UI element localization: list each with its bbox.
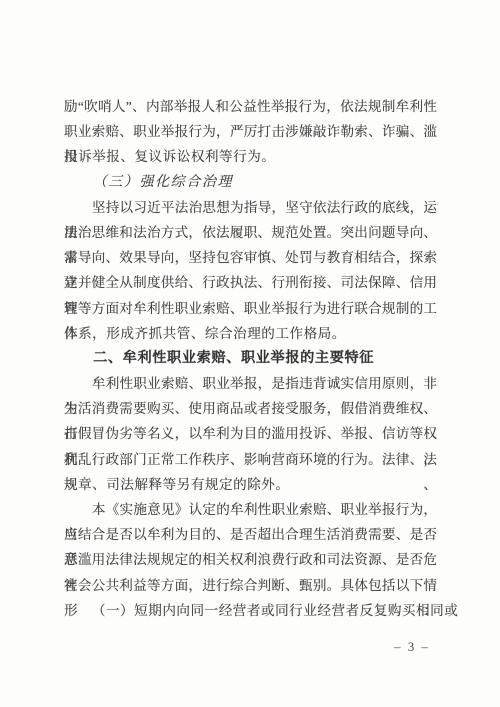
text-line: 本《实施意见》认定的牟利性职业索赔、职业举报行为，应 xyxy=(64,497,437,522)
document-body: 励“吹哨人”、内部举报人和公益性举报行为，依法规制牟利性职业索赔、职业举报行为，… xyxy=(64,94,437,623)
text-line: 职业索赔、职业举报行为，严厉打击涉嫌敲诈勒索、诈骗、滥用 xyxy=(64,119,437,144)
text-line: 理等方面对牟利性职业索赔、职业举报行为进行联合规制的工作 xyxy=(64,296,437,321)
text-line: 求导向、效果导向，坚持包容审慎、处罚与教育相结合，探索建 xyxy=(64,245,437,270)
text-line: 当结合是否以牟利为目的、是否超出合理生活消费需要、是否恶 xyxy=(64,522,437,547)
text-line: 社会公共利益等方面，进行综合判断、甄别。具体包括以下情形： xyxy=(64,573,437,598)
heading-main-features: 二、牟利性职业索赔、职业举报的主要特征 xyxy=(64,346,437,371)
text-line: 立并健全从制度供给、行政执法、行刑衔接、司法保障、信用管 xyxy=(64,270,437,295)
text-line: 意滥用法律法规规定的相关权利浪费行政和司法资源、是否危害 xyxy=(64,547,437,572)
text-line: 生活消费需要购买、使用商品或者接受服务，假借消费维权、打 xyxy=(64,396,437,421)
document-page: 励“吹哨人”、内部举报人和公益性举报行为，依法规制牟利性职业索赔、职业举报行为，… xyxy=(0,0,500,707)
text-line: 坚持以习近平法治思想为指导，坚守依法行政的底线，运用 xyxy=(64,195,437,220)
text-line: 励“吹哨人”、内部举报人和公益性举报行为，依法规制牟利性 xyxy=(64,94,437,119)
text-line: 击假冒伪劣等名义，以牟利为目的滥用投诉、举报、信访等权利， xyxy=(64,421,437,446)
text-line: （一）短期内向同一经营者或同行业经营者反复购买相同或 xyxy=(64,598,437,623)
text-line: 牟利性职业索赔、职业举报，是指违背诚实信用原则，非为 xyxy=(64,371,437,396)
text-line: 法治思维和法治方式，依法履职、规范处置。突出问题导向、需 xyxy=(64,220,437,245)
heading-strengthen-comprehensive-governance: （三）强化综合治理 xyxy=(64,170,437,195)
text-line: 扰乱行政部门正常工作秩序、影响营商环境的行为。法律、法规、 xyxy=(64,447,437,472)
text-line: 体系，形成齐抓共管、综合治理的工作格局。 xyxy=(64,321,437,346)
page-number: – 3 – xyxy=(394,639,430,655)
text-line: 投诉举报、复议诉讼权利等行为。 xyxy=(64,144,437,169)
